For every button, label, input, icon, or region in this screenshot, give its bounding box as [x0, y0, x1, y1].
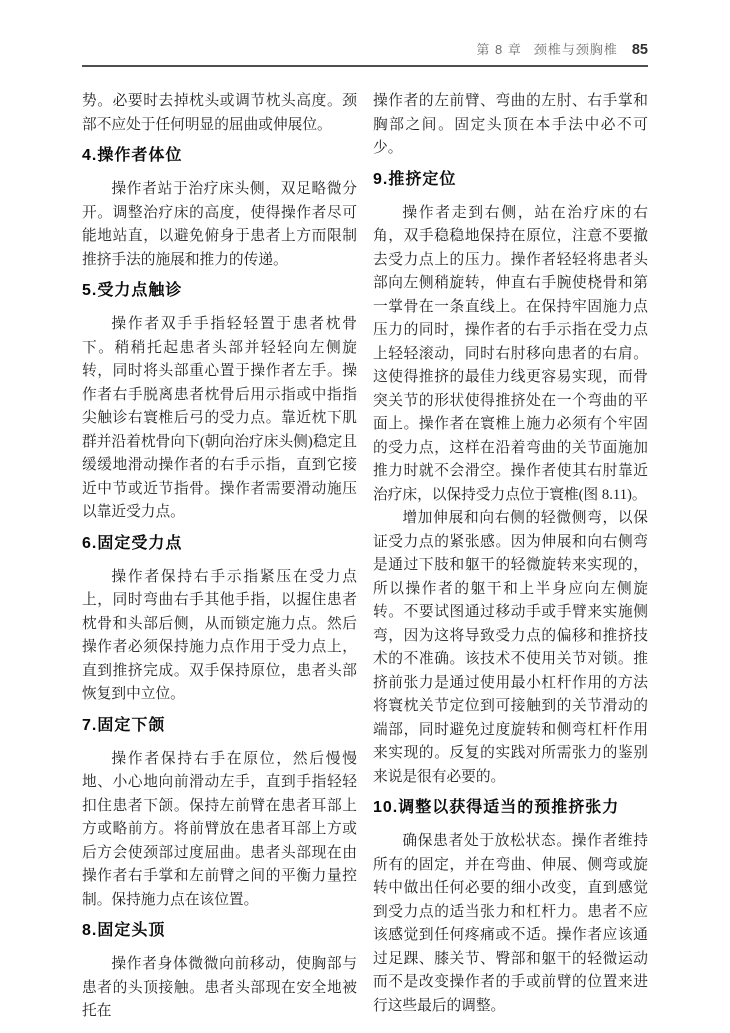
body-paragraph: 操作者双手手指轻轻置于患者枕骨下。稍稍托起患者头部并轻轻向左侧旋转，同时将头部重… — [82, 313, 357, 525]
page-number: 85 — [632, 41, 648, 60]
body-paragraph: 操作者保持右手示指紧压在受力点上，同时弯曲右手其他手指，以握住患者枕骨和头部后侧… — [82, 566, 357, 707]
body-paragraph: 操作者站于治疗床头侧，双足略微分开。调整治疗床的高度，使得操作者尽可能地站直，以… — [82, 178, 357, 272]
body-paragraph: 势。必要时去掉枕头或调节枕头高度。颈部不应处于任何明显的屈曲或伸展位。 — [82, 90, 357, 137]
running-head: 第 8 章 颈椎与颈胸椎 85 — [82, 40, 648, 60]
right-column: 操作者的左前臂、弯曲的左肘、右手掌和胸部之间。固定头顶在本手法中必不可少。9.推… — [373, 90, 648, 1024]
body-paragraph: 操作者保持右手在原位，然后慢慢地、小心地向前滑动左手，直到手指轻轻扣住患者下颌。… — [82, 748, 357, 913]
section-heading: 7.固定下颌 — [82, 716, 357, 736]
body-paragraph: 确保患者处于放松状态。操作者维持所有的固定，并在弯曲、伸展、侧弯或旋转中做出任何… — [373, 830, 648, 1018]
body-paragraph: 操作者的左前臂、弯曲的左肘、右手掌和胸部之间。固定头顶在本手法中必不可少。 — [373, 90, 648, 161]
body-paragraph: 操作者走到右侧，站在治疗床的右角，双手稳稳地保持在原位，注意不要撤去受力点上的压… — [373, 202, 648, 508]
section-heading: 4.操作者体位 — [82, 146, 357, 166]
section-heading: 6.固定受力点 — [82, 534, 357, 554]
chapter-label: 第 8 章 — [476, 40, 521, 59]
document-page: 第 8 章 颈椎与颈胸椎 85 势。必要时去掉枕头或调节枕头高度。颈部不应处于任… — [0, 0, 730, 1033]
chapter-title: 颈椎与颈胸椎 — [534, 40, 618, 59]
left-column: 势。必要时去掉枕头或调节枕头高度。颈部不应处于任何明显的屈曲或伸展位。4.操作者… — [82, 90, 357, 1024]
section-heading: 10.调整以获得适当的预推挤张力 — [373, 798, 648, 818]
body-paragraph: 增加伸展和向右侧的轻微侧弯，以保证受力点的紧张感。因为伸展和向右侧弯是通过下肢和… — [373, 507, 648, 789]
section-heading: 9.推挤定位 — [373, 170, 648, 190]
body-paragraph: 操作者身体微微向前移动，使胸部与患者的头顶接触。患者头部现在安全地被托在 — [82, 953, 357, 1024]
page-header: 第 8 章 颈椎与颈胸椎 85 — [82, 40, 648, 67]
section-heading: 8.固定头顶 — [82, 921, 357, 941]
section-heading: 5.受力点触诊 — [82, 281, 357, 301]
content-columns: 势。必要时去掉枕头或调节枕头高度。颈部不应处于任何明显的屈曲或伸展位。4.操作者… — [82, 90, 648, 1024]
header-rule — [82, 65, 648, 67]
